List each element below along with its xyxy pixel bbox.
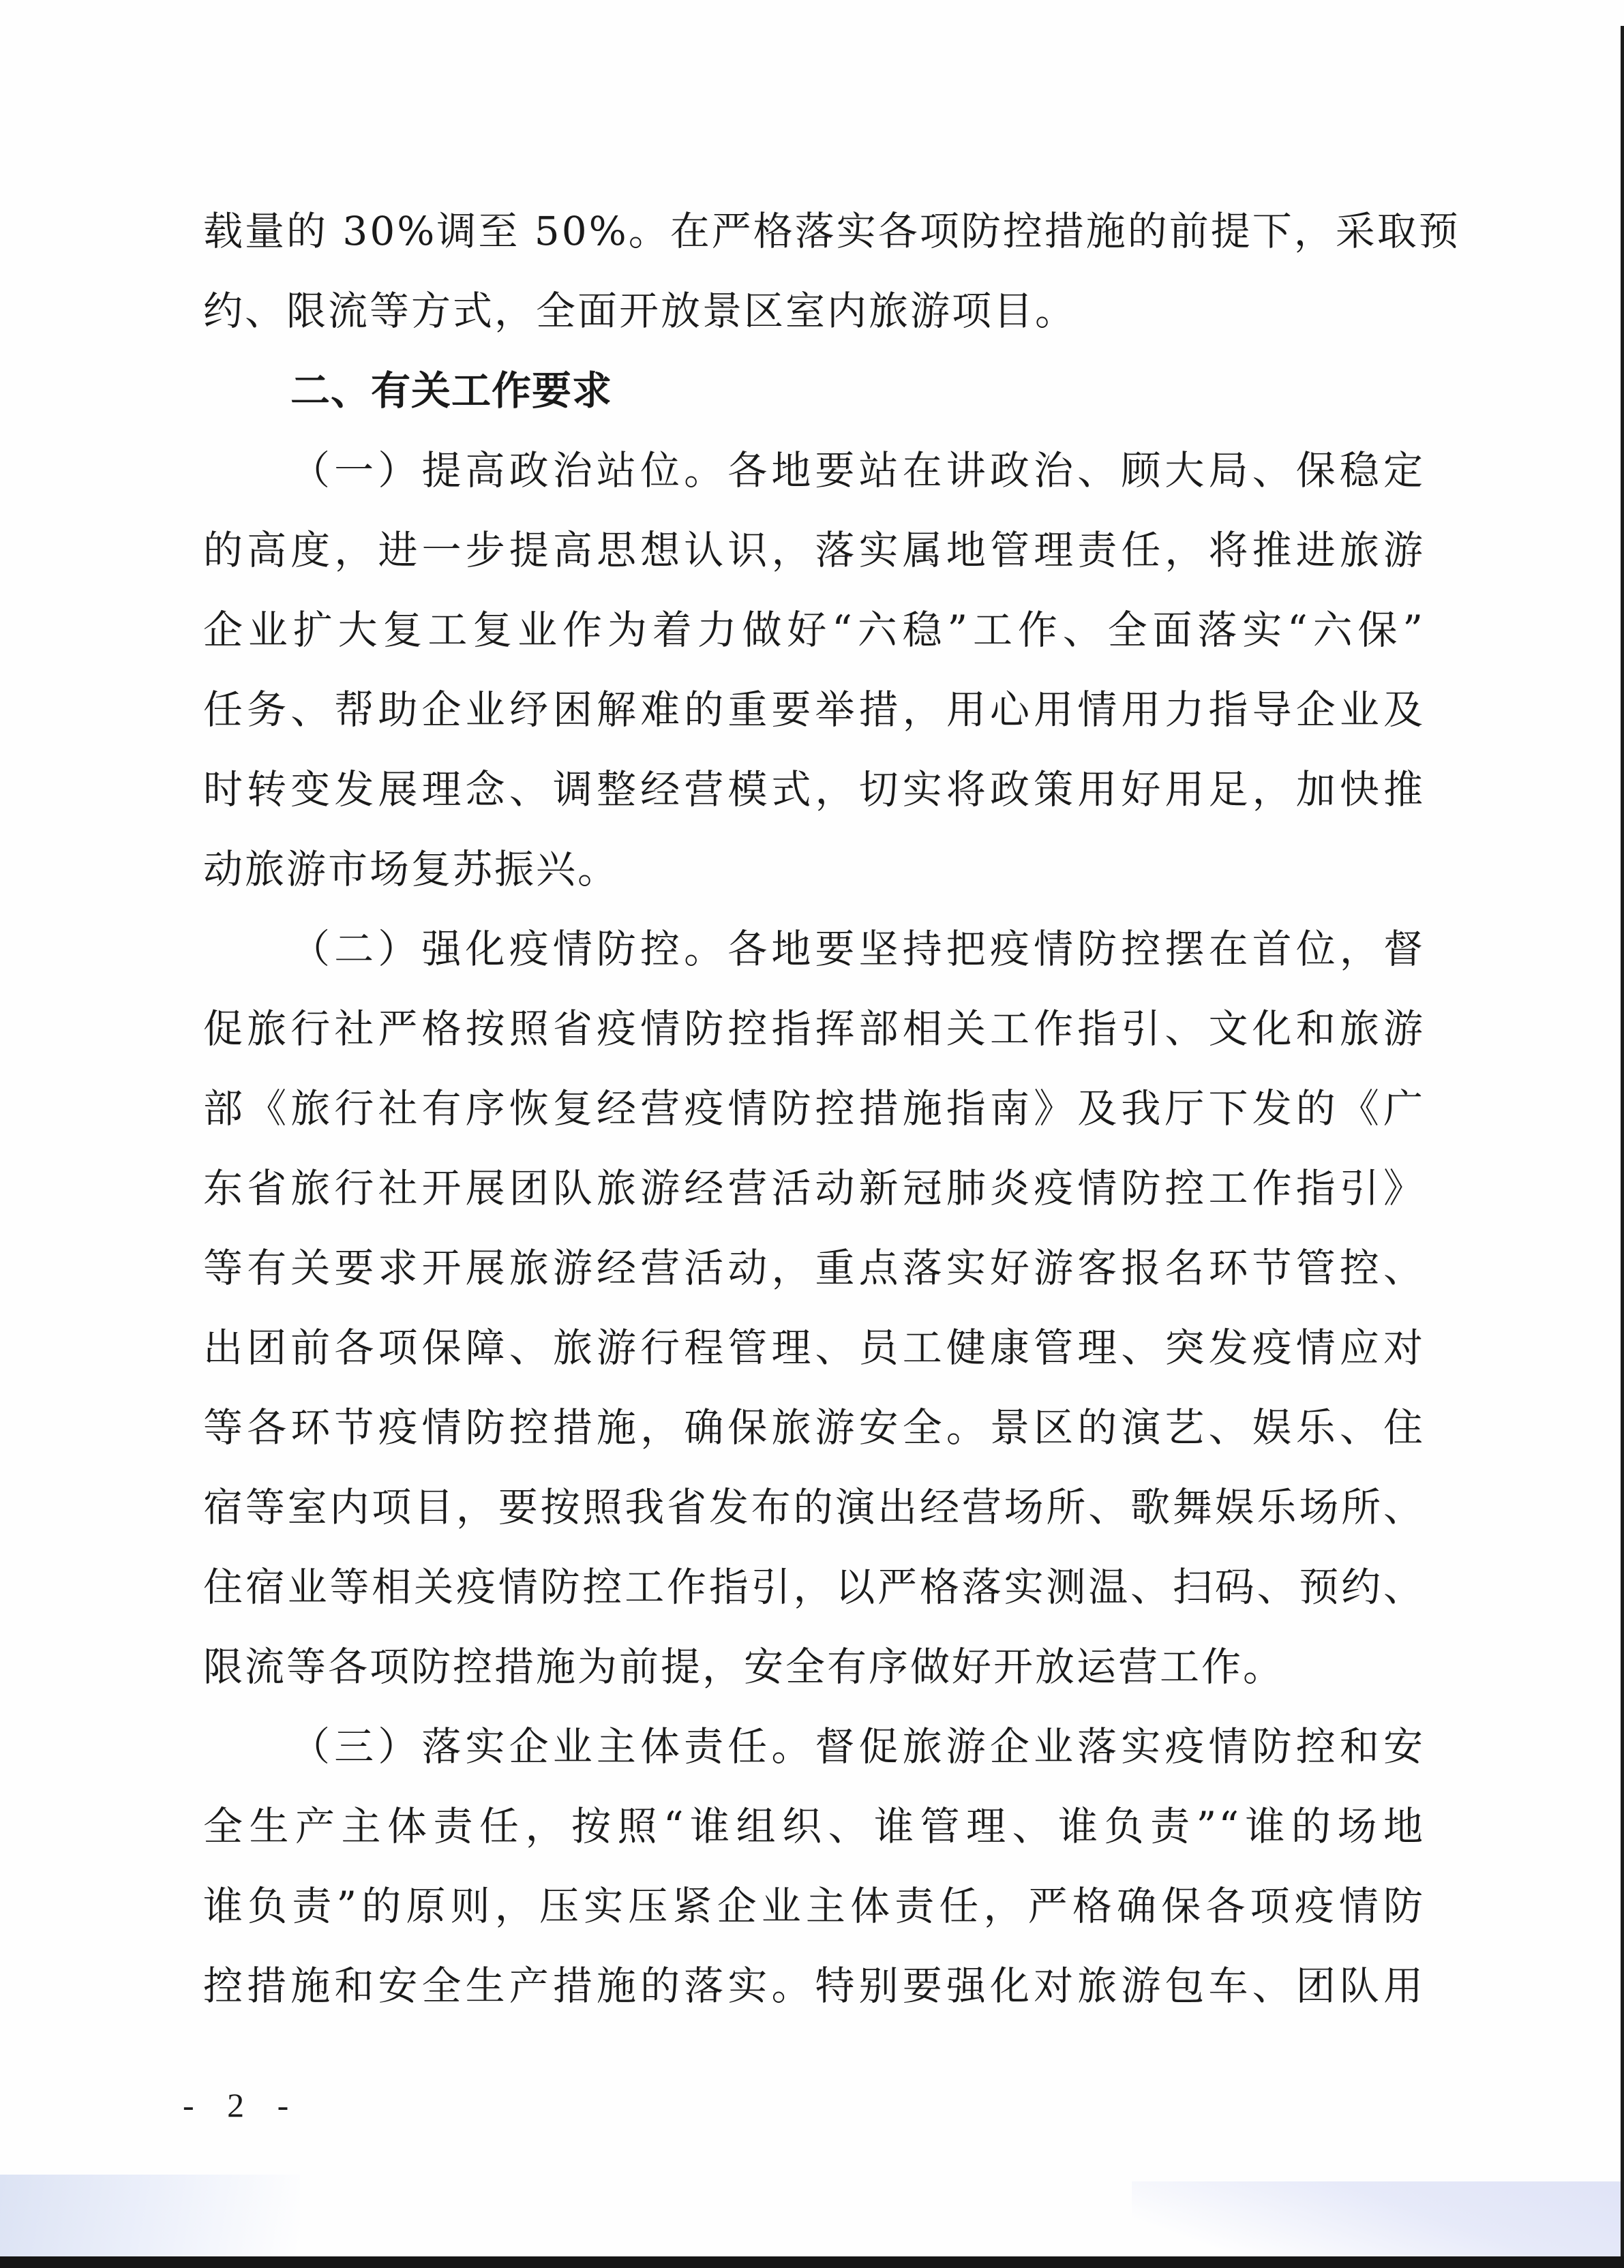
text-line: 住宿业等相关疫情防控工作指引，以严格落实测温、扫码、预约、 bbox=[203, 1563, 1425, 1611]
scan-edge-right bbox=[1621, 26, 1624, 2268]
text-line: 出团前各项保障、旅游行程管理、员工健康管理、突发疫情应对 bbox=[203, 1324, 1425, 1372]
text-line: 宿等室内项目，要按照我省发布的演出经营场所、歌舞娱乐场所、 bbox=[203, 1483, 1425, 1531]
text-line: 等各环节疫情防控措施，确保旅游安全。景区的演艺、娱乐、住 bbox=[203, 1404, 1425, 1451]
text-line: 全生产主体责任，按照“谁组织、谁管理、谁负责”“谁的场地 bbox=[203, 1802, 1425, 1850]
document-page: 载量的 30%调至 50%。在严格落实各项防控措施的前提下，采取预 约、限流等方… bbox=[0, 0, 1624, 2268]
text-line: 等有关要求开展旅游经营活动，重点落实好游客报名环节管控、 bbox=[203, 1244, 1425, 1292]
scan-edge-bottom bbox=[0, 2256, 1624, 2268]
text-line: 动旅游市场复苏振兴。 bbox=[203, 845, 1425, 893]
text-line: 约、限流等方式，全面开放景区室内旅游项目。 bbox=[203, 287, 1425, 335]
text-line: 谁负责”的原则，压实压紧企业主体责任，严格确保各项疫情防 bbox=[203, 1882, 1425, 1930]
text-line: 企业扩大复工复业作为着力做好“六稳”工作、全面落实“六保” bbox=[203, 606, 1425, 654]
text-line: 的高度，进一步提高思想认识，落实属地管理责任，将推进旅游 bbox=[203, 526, 1425, 574]
text-line: 限流等各项防控措施为前提，安全有序做好开放运营工作。 bbox=[203, 1643, 1425, 1691]
text-line: 东省旅行社开展团队旅游经营活动新冠肺炎疫情防控工作指引》 bbox=[203, 1164, 1425, 1212]
text-line: 控措施和安全生产措施的落实。特别要强化对旅游包车、团队用 bbox=[203, 1962, 1425, 2010]
text-line: 任务、帮助企业纾困解难的重要举措，用心用情用力指导企业及 bbox=[203, 686, 1425, 734]
text-line: 时转变发展理念、调整经营模式，切实将政策用好用足，加快推 bbox=[203, 766, 1425, 813]
page-number: - 2 - bbox=[183, 2085, 301, 2126]
paragraph-start-line: （二）强化疫情防控。各地要坚持把疫情防控摆在首位，督 bbox=[203, 925, 1425, 973]
scan-shadow-artifact bbox=[0, 2175, 300, 2258]
section-heading: 二、有关工作要求 bbox=[203, 367, 1425, 414]
text-line: 促旅行社严格按照省疫情防控指挥部相关工作指引、文化和旅游 bbox=[203, 1005, 1425, 1053]
scan-shadow-artifact bbox=[1132, 2181, 1621, 2258]
paragraph-start-line: （一）提高政治站位。各地要站在讲政治、顾大局、保稳定 bbox=[203, 447, 1425, 494]
text-line: 载量的 30%调至 50%。在严格落实各项防控措施的前提下，采取预 bbox=[203, 207, 1425, 255]
text-line: 部《旅行社有序恢复经营疫情防控措施指南》及我厅下发的《广 bbox=[203, 1085, 1425, 1132]
paragraph-start-line: （三）落实企业主体责任。督促旅游企业落实疫情防控和安 bbox=[203, 1723, 1425, 1770]
